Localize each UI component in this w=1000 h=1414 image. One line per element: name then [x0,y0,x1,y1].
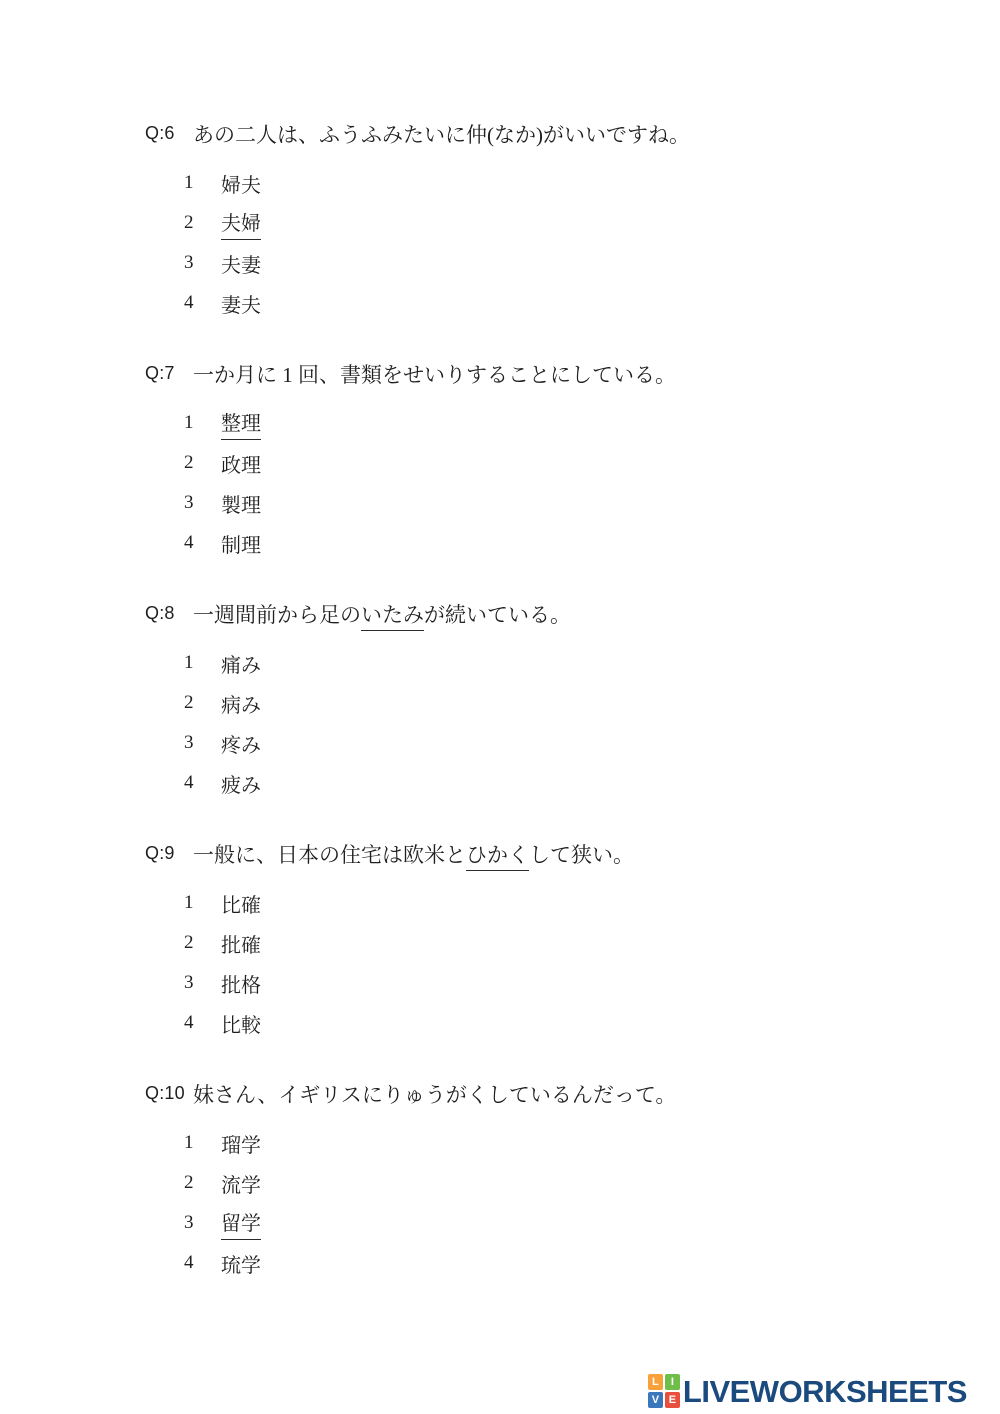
option-number: 4 [184,1252,221,1274]
option-text: 比確 [221,889,261,918]
answer-option[interactable]: 4 妻夫 [145,283,905,323]
option-text: 批格 [221,969,261,998]
option-number: 3 [184,1212,221,1234]
option-text: 政理 [221,449,261,478]
option-text: 夫婦 [221,207,261,240]
page-footer: L I V E LIVEWORKSHEETS [0,1366,1000,1414]
option-text: 製理 [221,489,261,518]
option-text: 病み [221,689,261,718]
question-line: Q:6 あの二人は、ふうふみたいに仲(なか)がいいですね。 [145,121,905,151]
option-text: 留学 [221,1207,261,1240]
option-number: 1 [184,1132,221,1154]
question-prompt: 一週間前から足のいたみが続いている。 [193,601,571,629]
option-text: 婦夫 [221,169,261,198]
answer-option[interactable]: 1 痛み [145,643,905,683]
quiz-content: Q:6 あの二人は、ふうふみたいに仲(なか)がいいですね。 1 婦夫 2 夫婦 … [145,121,905,1321]
answer-option[interactable]: 4 琉学 [145,1243,905,1283]
answer-option[interactable]: 3 製理 [145,483,905,523]
option-number: 3 [184,732,221,754]
option-text: 批確 [221,929,261,958]
option-text: 琉学 [221,1249,261,1278]
question-prompt: 妹さん、イギリスにりゅうがくしているんだって。 [193,1081,676,1109]
question-block-q10: Q:10 妹さん、イギリスにりゅうがくしているんだって。 1 瑠学 2 流学 3… [145,1081,905,1283]
question-block-q8: Q:8 一週間前から足のいたみが続いている。 1 痛み 2 病み 3 疼み 4 … [145,601,905,803]
option-number: 1 [184,652,221,674]
question-line: Q:10 妹さん、イギリスにりゅうがくしているんだって。 [145,1081,905,1111]
prompt-text: 一般に、日本の住宅は欧米と [193,843,466,867]
option-number: 4 [184,772,221,794]
prompt-text: あの二人は、ふうふみたいに仲(なか)がいいですね。 [193,123,690,147]
prompt-underlined-word: いたみ [361,603,424,631]
liveworksheets-icon: L I V E [648,1374,680,1408]
answer-option[interactable]: 1 比確 [145,883,905,923]
option-number: 3 [184,252,221,274]
answer-option[interactable]: 4 比較 [145,1003,905,1043]
option-number: 2 [184,932,221,954]
answer-option[interactable]: 1 瑠学 [145,1123,905,1163]
option-number: 2 [184,212,221,234]
question-line: Q:8 一週間前から足のいたみが続いている。 [145,601,905,631]
option-text: 疼み [221,729,261,758]
question-prompt: 一か月に 1 回、書類をせいりすることにしている。 [193,361,676,389]
logo-square-e: E [665,1392,680,1408]
option-number: 2 [184,692,221,714]
option-number: 1 [184,412,221,434]
prompt-text: 一週間前から足の [193,603,361,627]
answer-option[interactable]: 2 流学 [145,1163,905,1203]
option-text: 痛み [221,649,261,678]
answer-option[interactable]: 1 整理 [145,403,905,443]
answer-option[interactable]: 2 政理 [145,443,905,483]
logo-square-v: V [648,1392,663,1408]
prompt-text: 妹さん、イギリスにりゅうがくしているんだって。 [193,1083,676,1107]
option-number: 1 [184,172,221,194]
question-line: Q:9 一般に、日本の住宅は欧米とひかくして狭い。 [145,841,905,871]
option-text: 比較 [221,1009,261,1038]
option-text: 疲み [221,769,261,798]
answer-option[interactable]: 3 批格 [145,963,905,1003]
option-number: 3 [184,972,221,994]
prompt-text: 一か月に 1 回、書類をせいりすることにしている。 [193,363,676,387]
prompt-underlined-word: ひかく [466,843,529,871]
question-number: Q:8 [145,601,193,624]
option-text: 瑠学 [221,1129,261,1158]
option-text: 流学 [221,1169,261,1198]
question-line: Q:7 一か月に 1 回、書類をせいりすることにしている。 [145,361,905,391]
question-number: Q:7 [145,361,193,384]
answer-option[interactable]: 2 批確 [145,923,905,963]
logo-square-i: I [665,1374,680,1390]
option-text: 妻夫 [221,289,261,318]
question-prompt: 一般に、日本の住宅は欧米とひかくして狭い。 [193,841,634,869]
logo-square-l: L [648,1374,663,1390]
question-number: Q:9 [145,841,193,864]
question-prompt: あの二人は、ふうふみたいに仲(なか)がいいですね。 [193,121,690,149]
option-number: 4 [184,532,221,554]
answer-option[interactable]: 1 婦夫 [145,163,905,203]
answer-option[interactable]: 2 夫婦 [145,203,905,243]
option-number: 3 [184,492,221,514]
liveworksheets-logo[interactable]: L I V E LIVEWORKSHEETS [648,1374,967,1408]
option-number: 2 [184,1172,221,1194]
option-number: 1 [184,892,221,914]
answer-option[interactable]: 4 制理 [145,523,905,563]
prompt-text-after: して狭い。 [529,843,634,867]
option-number: 4 [184,292,221,314]
question-number: Q:10 [145,1081,193,1104]
worksheet-page: Q:6 あの二人は、ふうふみたいに仲(なか)がいいですね。 1 婦夫 2 夫婦 … [0,0,1000,1414]
answer-option[interactable]: 3 夫妻 [145,243,905,283]
option-text: 夫妻 [221,249,261,278]
answer-option[interactable]: 2 病み [145,683,905,723]
option-number: 2 [184,452,221,474]
option-text: 整理 [221,407,261,440]
answer-option[interactable]: 4 疲み [145,763,905,803]
question-block-q7: Q:7 一か月に 1 回、書類をせいりすることにしている。 1 整理 2 政理 … [145,361,905,563]
answer-option[interactable]: 3 疼み [145,723,905,763]
option-text: 制理 [221,529,261,558]
answer-option[interactable]: 3 留学 [145,1203,905,1243]
brand-wordmark: LIVEWORKSHEETS [683,1376,967,1407]
prompt-text-after: が続いている。 [424,603,571,627]
question-block-q9: Q:9 一般に、日本の住宅は欧米とひかくして狭い。 1 比確 2 批確 3 批格… [145,841,905,1043]
question-number: Q:6 [145,121,193,144]
option-number: 4 [184,1012,221,1034]
question-block-q6: Q:6 あの二人は、ふうふみたいに仲(なか)がいいですね。 1 婦夫 2 夫婦 … [145,121,905,323]
